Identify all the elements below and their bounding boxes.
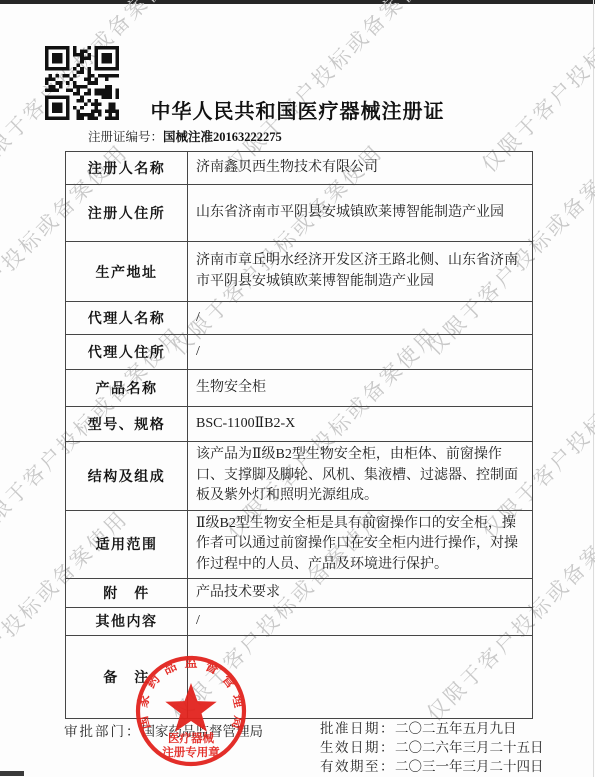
approval-date-line: 批准日期：二〇二五年五月九日	[320, 719, 544, 738]
table-row: 生产地址济南市章丘明水经济开发区济王路北侧、山东省济南市平阴县安城镇欧莱博智能制…	[66, 242, 533, 302]
table-row: 型号、规格BSC-1100ⅡB2-X	[66, 407, 533, 442]
field-label: 适用范围	[66, 510, 188, 579]
stamp-inner-line1: 医疗器械	[168, 731, 214, 745]
table-row: 代理人住所/	[66, 335, 533, 370]
field-value: /	[188, 608, 533, 636]
field-value: 山东省济南市平阴县安城镇欧莱博智能制造产业园	[188, 185, 533, 242]
expiry-date-value: 二〇三一年三月二十四日	[395, 759, 544, 774]
approval-date-value: 二〇二五年五月九日	[395, 721, 517, 736]
table-row: 其他内容/	[66, 608, 533, 636]
certificate-number-line: 注册证编号：国械注准20163222275	[88, 127, 282, 145]
table-row: 注册人住所山东省济南市平阴县安城镇欧莱博智能制造产业园	[66, 185, 533, 242]
field-value: 产品技术要求	[188, 579, 533, 608]
page-title: 中华人民共和国医疗器械注册证	[0, 95, 595, 124]
field-label: 附 件	[66, 579, 188, 608]
field-value: BSC-1100ⅡB2-X	[188, 407, 533, 442]
official-seal-stamp: 国家药品监督管理局 医疗器械 注册专用章	[133, 653, 249, 769]
field-value: 济南鑫贝西生物技术有限公司	[188, 152, 533, 185]
approval-department-label: 审批部门：	[64, 724, 142, 739]
field-label: 代理人名称	[66, 302, 188, 335]
field-label: 代理人住所	[66, 335, 188, 370]
table-row: 适用范围Ⅱ级B2型生物安全柜是具有前窗操作口的安全柜，操作者可以通过前窗操作口在…	[66, 510, 533, 579]
table-row: 附 件产品技术要求	[66, 579, 533, 608]
table-row: 代理人名称/	[66, 302, 533, 335]
dates-block: 批准日期：二〇二五年五月九日 生效日期：二〇二六年三月二十五日 有效期至：二〇三…	[320, 719, 544, 776]
field-value: /	[188, 302, 533, 335]
field-value: Ⅱ级B2型生物安全柜是具有前窗操作口的安全柜，操作者可以通过前窗操作口在安全柜内…	[188, 510, 533, 579]
certificate-page: 仅限于客户投标或备案使用仅限于客户投标或备案使用仅限于客户投标或备案使用仅限于客…	[0, 0, 595, 777]
expiry-date-line: 有效期至：二〇三一年三月二十四日	[320, 757, 544, 776]
certificate-number: 国械注准20163222275	[163, 130, 282, 144]
approval-date-label: 批准日期：	[320, 721, 395, 736]
field-label: 结构及组成	[66, 442, 188, 511]
table-row: 结构及组成该产品为Ⅱ级B2型生物安全柜，由柜体、前窗操作口、支撑脚及脚轮、风机、…	[66, 442, 533, 511]
field-label: 产品名称	[66, 370, 188, 407]
field-label: 注册人名称	[66, 152, 188, 185]
stamp-star-icon	[165, 683, 216, 732]
effective-date-label: 生效日期：	[320, 740, 395, 755]
field-label: 注册人住所	[66, 185, 188, 242]
effective-date-value: 二〇二六年三月二十五日	[395, 740, 544, 755]
field-label: 生产地址	[66, 242, 188, 302]
field-value: 该产品为Ⅱ级B2型生物安全柜，由柜体、前窗操作口、支撑脚及脚轮、风机、集液槽、过…	[188, 442, 533, 511]
field-value: 生物安全柜	[188, 370, 533, 407]
effective-date-line: 生效日期：二〇二六年三月二十五日	[320, 738, 544, 757]
stamp-inner-line2: 注册专用章	[162, 745, 220, 759]
field-value: 济南市章丘明水经济开发区济王路北侧、山东省济南市平阴县安城镇欧莱博智能制造产业园	[188, 242, 533, 302]
field-label: 其他内容	[66, 608, 188, 636]
certificate-table: 注册人名称济南鑫贝西生物技术有限公司注册人住所山东省济南市平阴县安城镇欧莱博智能…	[65, 151, 533, 719]
table-row: 注册人名称济南鑫贝西生物技术有限公司	[66, 152, 533, 185]
certificate-number-label: 注册证编号：	[88, 130, 163, 144]
field-value: /	[188, 335, 533, 370]
field-label: 型号、规格	[66, 407, 188, 442]
table-row: 产品名称生物安全柜	[66, 370, 533, 407]
expiry-date-label: 有效期至：	[320, 759, 395, 774]
